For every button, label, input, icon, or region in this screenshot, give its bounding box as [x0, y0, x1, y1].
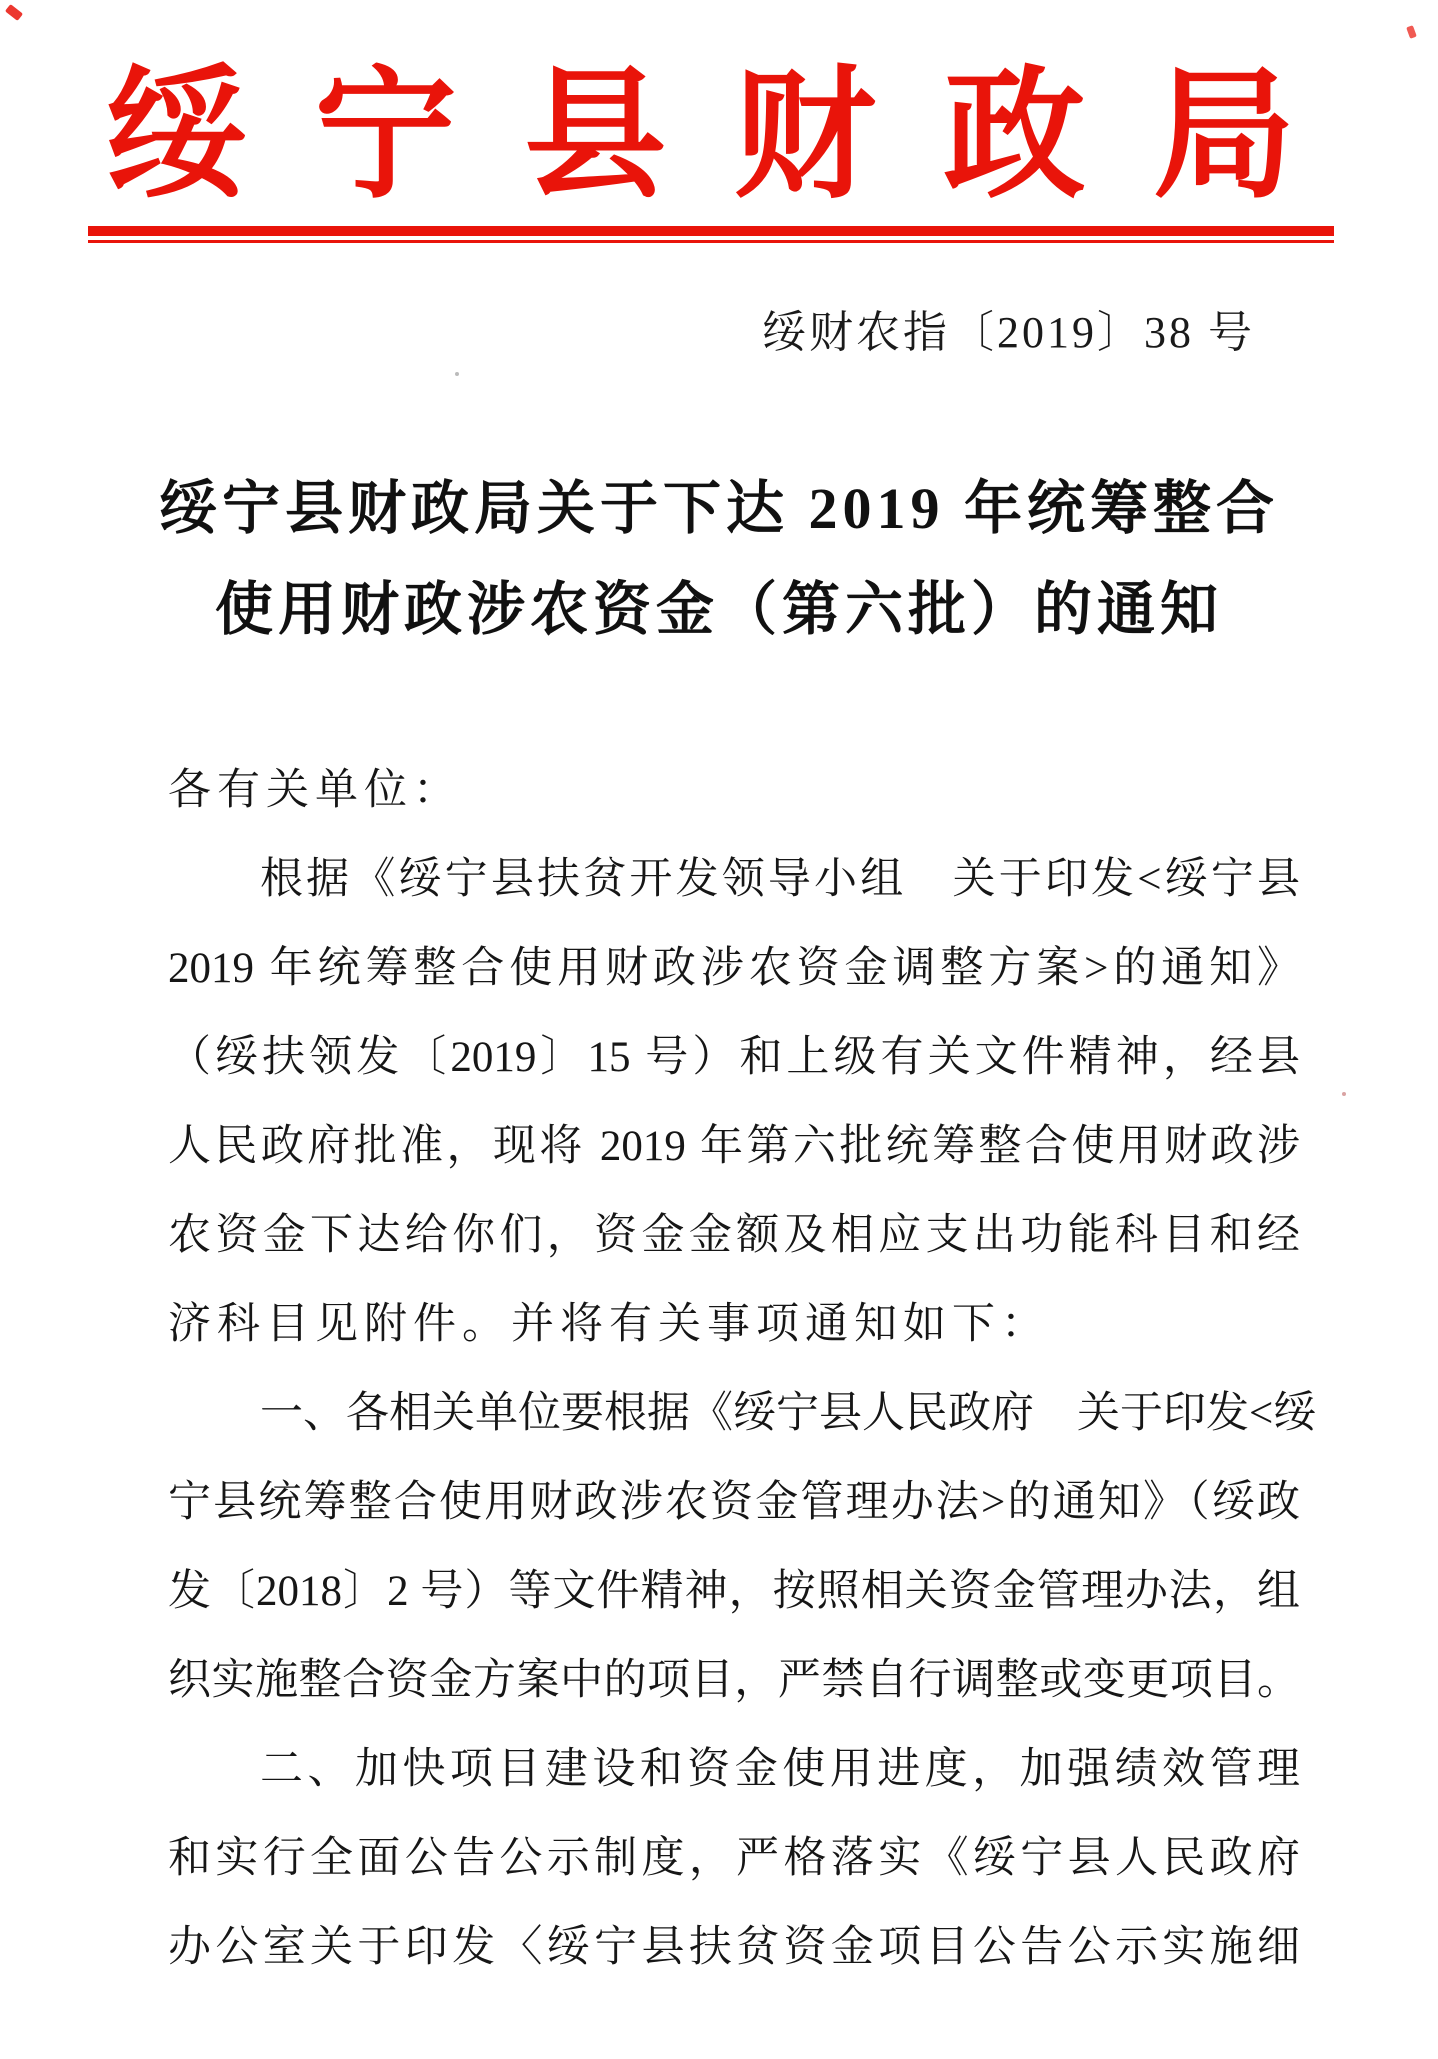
body-line: 二、加快项目建设和资金使用进度，加强绩效管理: [168, 1725, 1300, 1814]
agency-name: 绥宁县财政局: [105, 52, 1295, 222]
body-line: 人民政府批准，现将 2019 年第六批统筹整合使用财政涉: [168, 1102, 1300, 1191]
scan-artifact: [1342, 1092, 1346, 1096]
document-body: 各有关单位： 根据《绥宁县扶贫开发领导小组 关于印发<绥宁县 2019 年统筹整…: [168, 746, 1300, 1992]
red-line-bottom: [88, 240, 1334, 243]
scan-artifact: [1406, 25, 1417, 39]
red-line-top: [88, 226, 1334, 236]
body-line: 2019 年统筹整合使用财政涉农资金调整方案>的通知》: [168, 924, 1300, 1013]
body-line: 织实施整合资金方案中的项目，严禁自行调整或变更项目。: [168, 1636, 1300, 1725]
body-line: 济科目见附件。并将有关事项通知如下：: [168, 1280, 1300, 1369]
red-divider-line: [88, 226, 1334, 243]
body-line: 办公室关于印发〈绥宁县扶贫资金项目公告公示实施细: [168, 1903, 1300, 1992]
body-line: 发〔2018〕2 号）等文件精神，按照相关资金管理办法，组: [168, 1547, 1300, 1636]
document-number: 绥财农指〔2019〕38 号: [762, 296, 1255, 360]
body-line: 一、各相关单位要根据《绥宁县人民政府 关于印发<绥: [168, 1369, 1300, 1458]
body-line: 和实行全面公告公示制度，严格落实《绥宁县人民政府: [168, 1814, 1300, 1903]
scan-artifact: [455, 372, 459, 376]
document-title-line2: 使用财政涉农资金（第六批）的通知: [0, 559, 1438, 660]
document-title-line1: 绥宁县财政局关于下达 2019 年统筹整合: [0, 458, 1438, 559]
body-line: 宁县统筹整合使用财政涉农资金管理办法>的通知》（绥政: [168, 1458, 1300, 1547]
salutation: 各有关单位：: [168, 746, 1300, 835]
body-line: （绥扶领发〔2019〕15 号）和上级有关文件精神，经县: [168, 1013, 1300, 1102]
document-title: 绥宁县财政局关于下达 2019 年统筹整合 使用财政涉农资金（第六批）的通知: [0, 458, 1438, 660]
body-line: 根据《绥宁县扶贫开发领导小组 关于印发<绥宁县: [168, 835, 1300, 924]
document-page: 绥宁县财政局 绥财农指〔2019〕38 号 绥宁县财政局关于下达 2019 年统…: [0, 0, 1438, 2059]
scan-artifact: [5, 4, 23, 21]
body-line: 农资金下达给你们，资金金额及相应支出功能科目和经: [168, 1191, 1300, 1280]
